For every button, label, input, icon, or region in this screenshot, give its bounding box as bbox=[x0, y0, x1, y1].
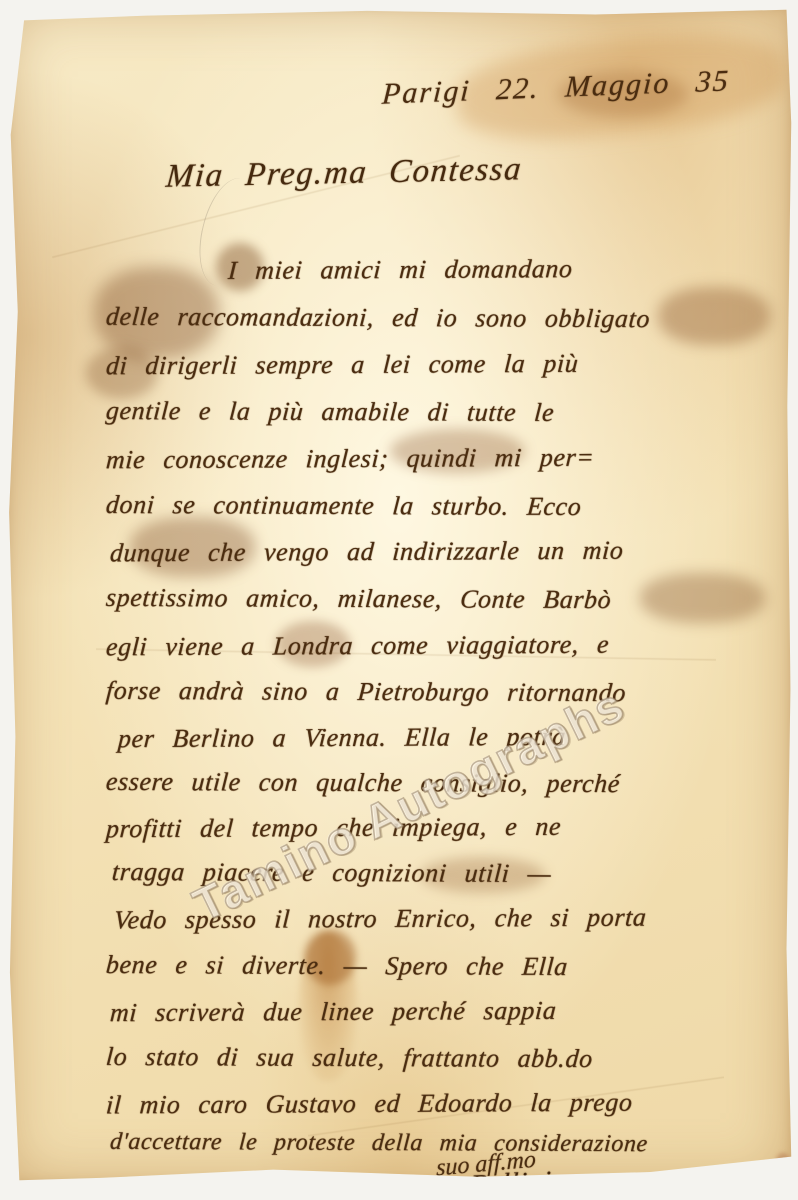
letter-scan: Parigi 22. Maggio 35 Mia Preg.ma Contess… bbox=[0, 0, 798, 1200]
body-line: delle raccomandazioni, ed io sono obblig… bbox=[105, 302, 651, 334]
body-line: dunque che vengo ad indirizzarle un mio bbox=[109, 536, 624, 569]
body-line: gentile e la più amabile di tutte le bbox=[105, 396, 555, 428]
body-line: d'accettare le proteste della mia consid… bbox=[109, 1129, 649, 1158]
body-line: mie conoscenze inglesi; quindi mi per= bbox=[105, 443, 595, 476]
body-line: di dirigerli sempre a lei come la più bbox=[105, 349, 579, 381]
dateline: Parigi 22. Maggio 35 bbox=[381, 64, 731, 111]
handwriting-layer: Parigi 22. Maggio 35 Mia Preg.ma Contess… bbox=[6, 5, 792, 1185]
body-line: lo stato di sua salute, frattanto abb.do bbox=[105, 1042, 594, 1074]
body-line: forse andrà sino a Pietroburgo ritornand… bbox=[105, 676, 627, 708]
body-line: I miei amici mi domandano bbox=[227, 254, 574, 286]
body-line: bene e si diverte. — Spero che Ella bbox=[105, 950, 569, 982]
body-line: essere utile con qualche consiglio, perc… bbox=[105, 767, 621, 799]
salutation: Mia Preg.ma Contessa bbox=[164, 151, 523, 196]
body-line: mi scriverà due linee perché sappia bbox=[109, 996, 557, 1028]
body-line: doni se continuamente la sturbo. Ecco bbox=[105, 490, 583, 522]
body-line: il mio caro Gustavo ed Edoardo la prego bbox=[105, 1088, 634, 1121]
body-line: spettissimo amico, milanese, Conte Barbò bbox=[105, 583, 613, 615]
body-line: egli viene a Londra come viaggiatore, e bbox=[105, 630, 610, 663]
paper-sheet: Parigi 22. Maggio 35 Mia Preg.ma Contess… bbox=[6, 5, 792, 1185]
signature: Bellini bbox=[469, 1166, 553, 1200]
